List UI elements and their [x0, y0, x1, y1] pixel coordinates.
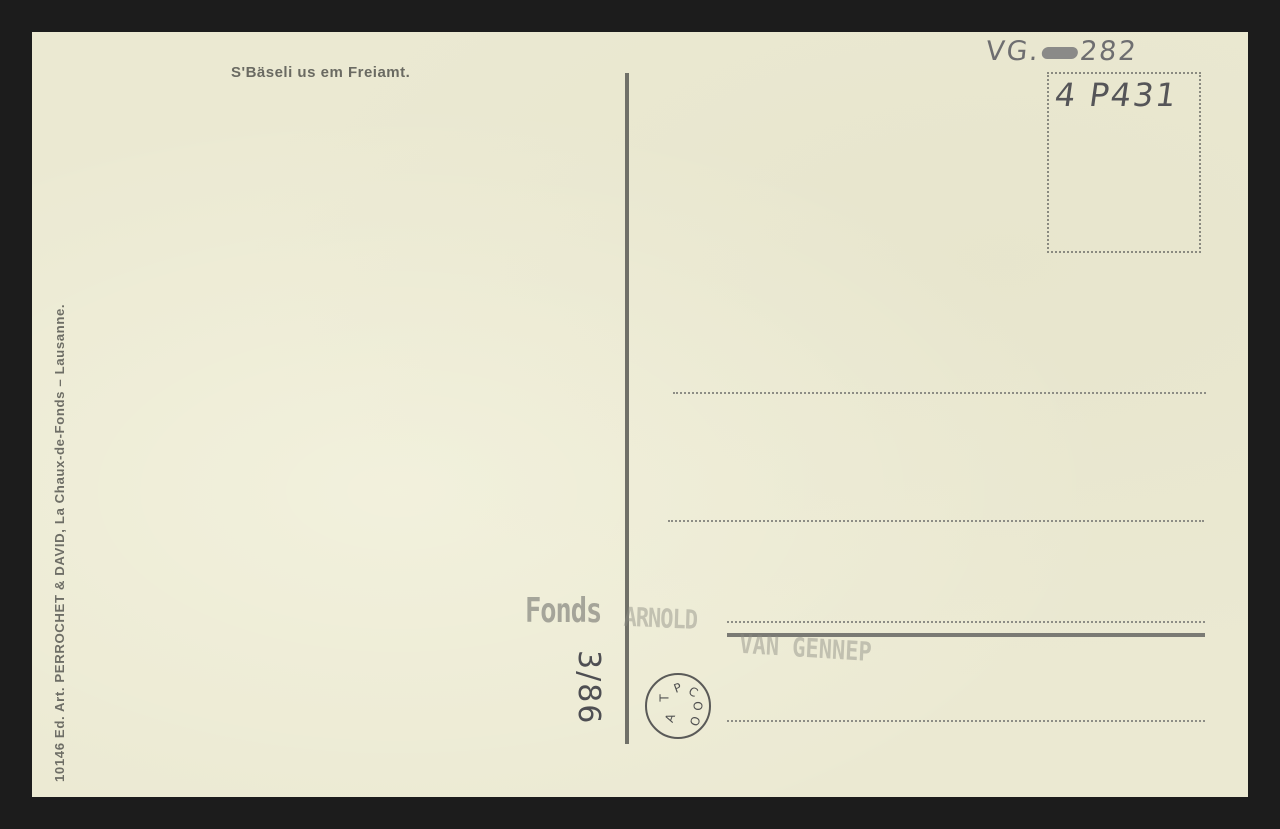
publisher-imprint: 10146 Ed. Art. PERROCHET & DAVID, La Cha… — [52, 304, 67, 782]
archive-stamp-name: ARNOLD — [623, 603, 697, 636]
round-stamp-letter: O — [691, 701, 705, 710]
round-stamp-letter: T — [658, 694, 672, 701]
round-stamp-letter: A — [662, 712, 678, 725]
address-line-1 — [673, 392, 1206, 394]
postcard-caption: S'Bäseli us em Freiamt. — [231, 64, 410, 81]
handwritten-inventory-number: 4 P431 — [1052, 76, 1180, 114]
round-collection-stamp: A T P C O O — [645, 673, 711, 739]
handwritten-reference: VG.282 — [984, 36, 1139, 67]
round-stamp-letter: P — [672, 680, 684, 696]
address-line-2 — [668, 520, 1204, 522]
reference-prefix: VG. — [984, 36, 1041, 67]
crossed-out-scribble — [1041, 47, 1078, 59]
handwritten-catalog-number: 3/86 — [571, 650, 606, 725]
address-line-3 — [727, 621, 1205, 623]
round-stamp-letter: O — [687, 714, 703, 728]
reference-suffix: 282 — [1078, 36, 1139, 67]
archive-stamp-fonds: Fonds — [525, 592, 601, 631]
round-stamp-letter: C — [686, 684, 700, 700]
message-address-divider — [625, 73, 629, 744]
address-line-4 — [727, 720, 1205, 722]
